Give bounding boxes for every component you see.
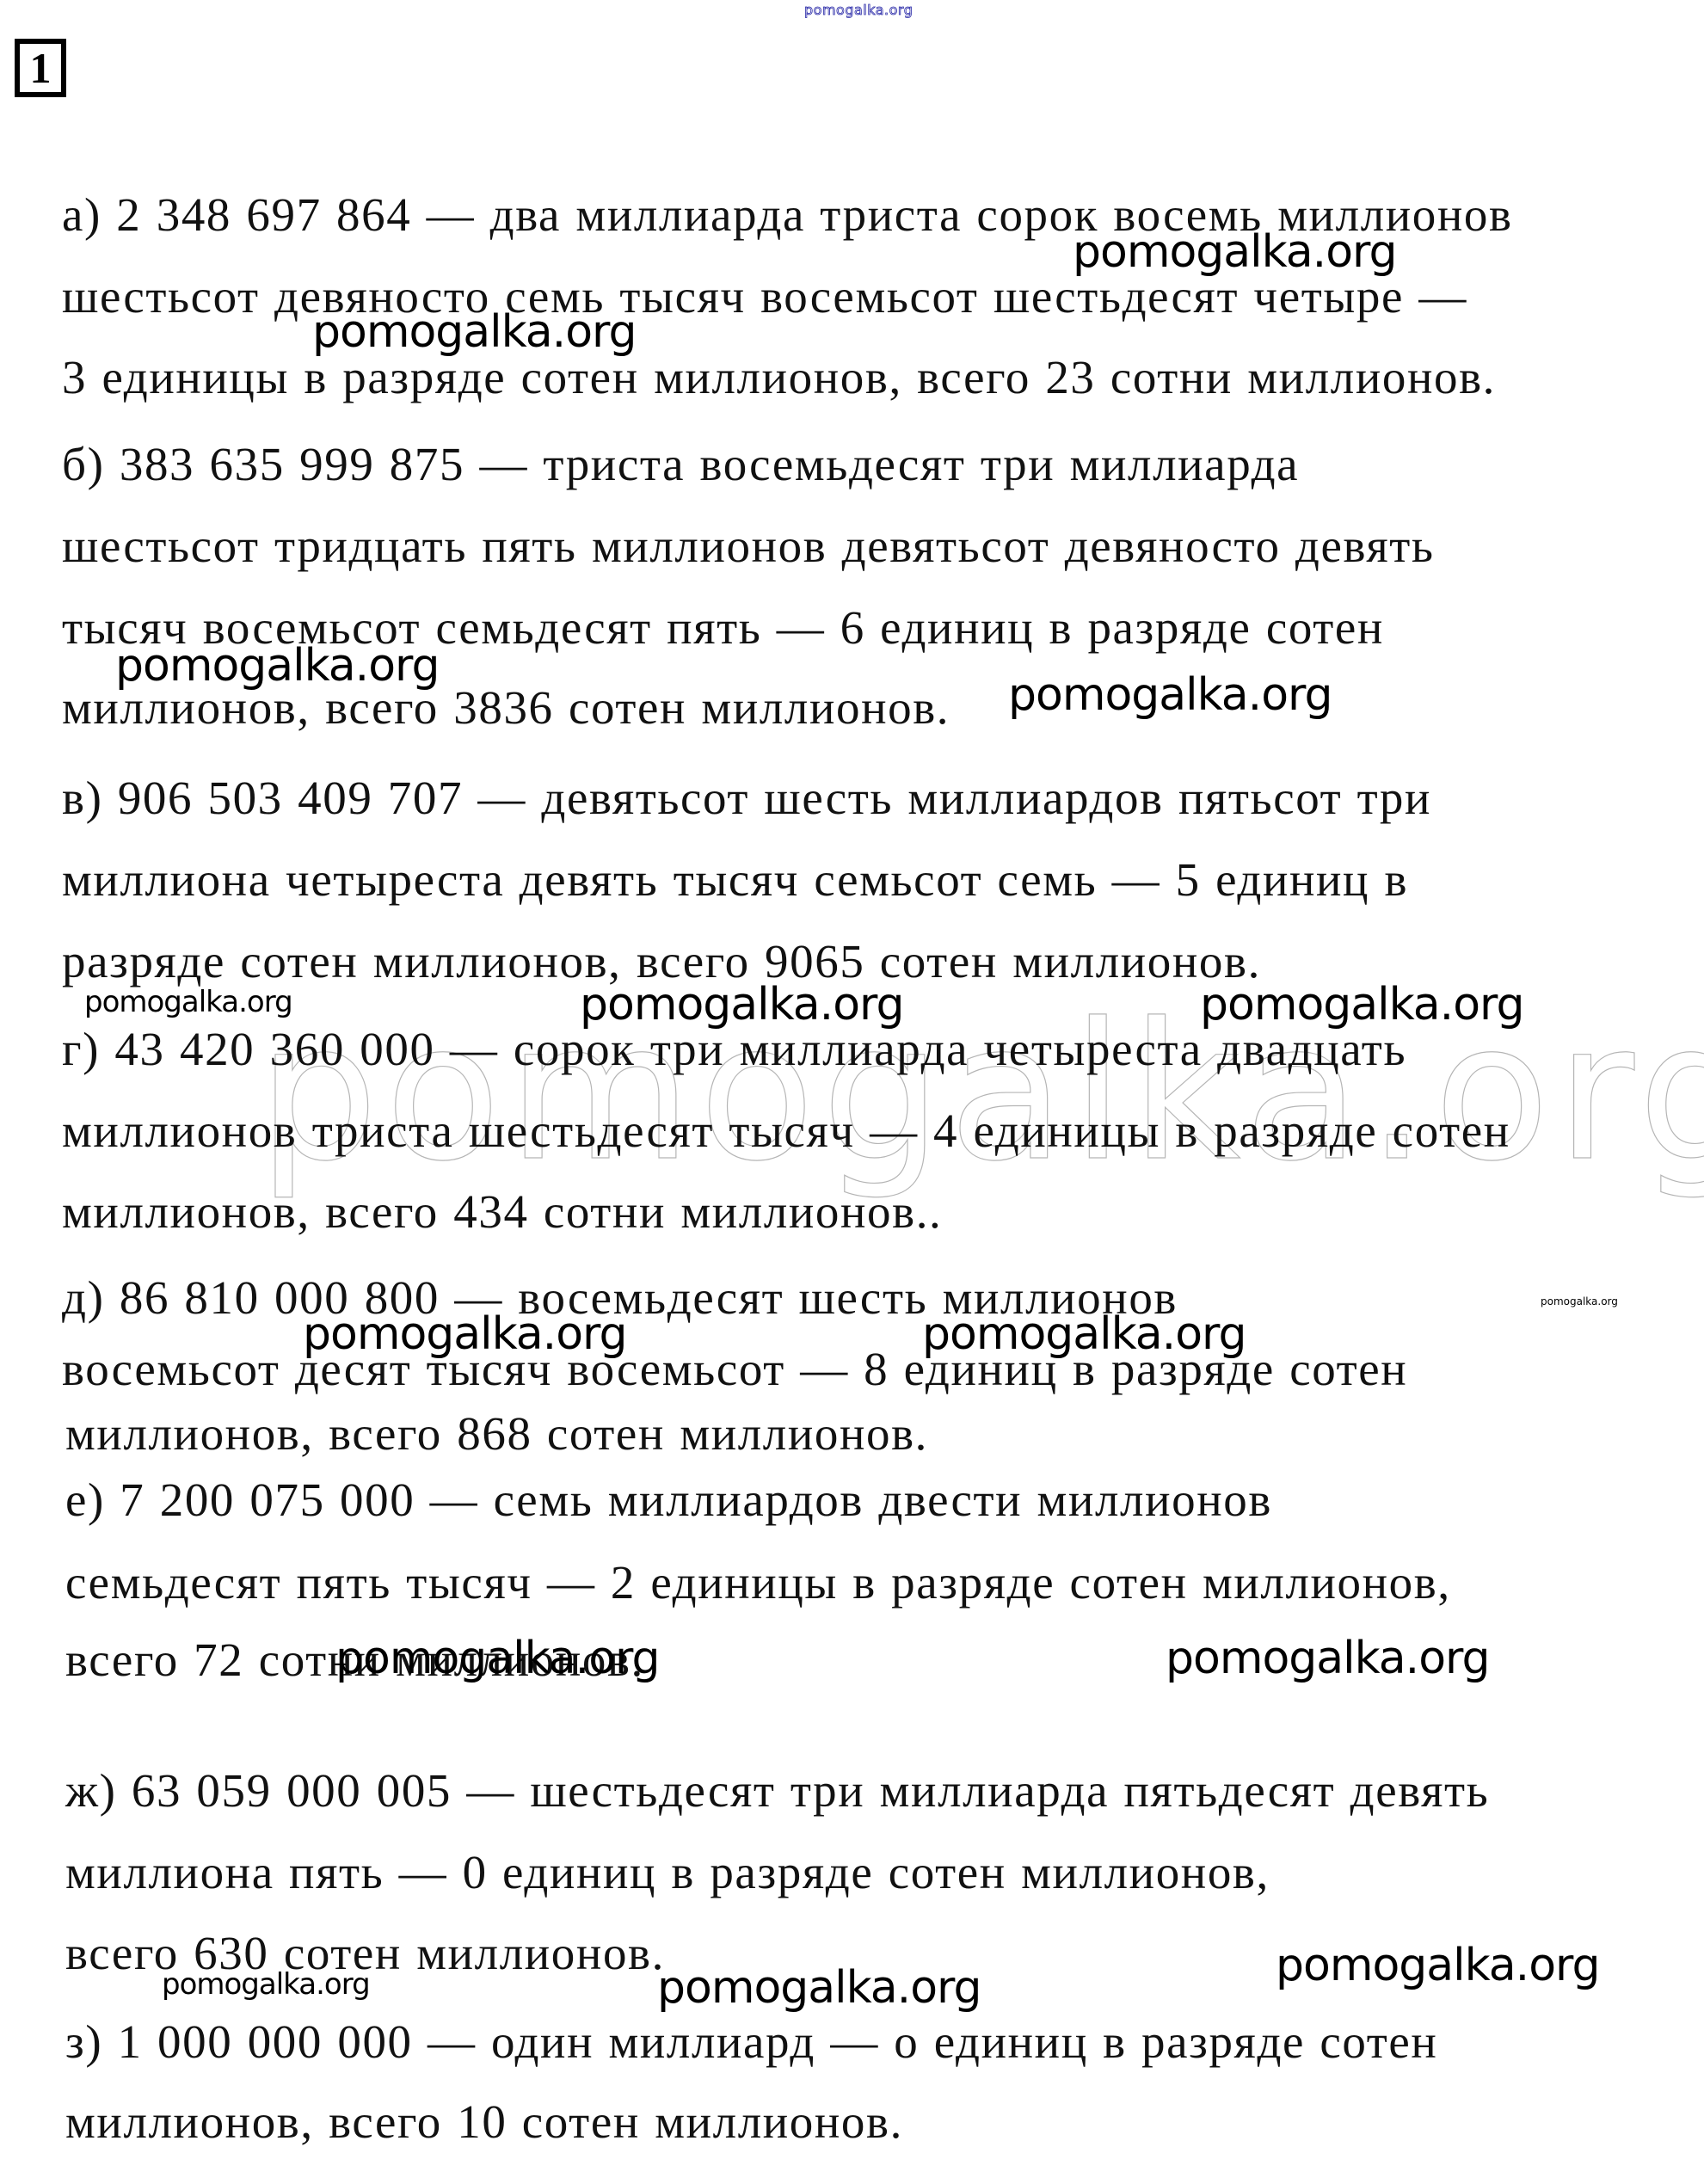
answer-line: г) 43 420 360 000 — сорок три миллиарда … <box>62 1024 1406 1075</box>
watermark: pomogalka.org <box>580 982 904 1027</box>
answer-line: миллионов триста шестьдесят тысяч — 4 ед… <box>62 1105 1510 1157</box>
answer-line: ж) 63 059 000 005 — шестьдесят три милли… <box>65 1765 1489 1817</box>
answer-line: з) 1 000 000 000 — один миллиард — о еди… <box>65 2016 1437 2068</box>
answer-line: е) 7 200 075 000 — семь миллиардов двест… <box>65 1474 1272 1526</box>
watermark: pomogalka.org <box>657 1966 981 2010</box>
watermark: pomogalka.org <box>1008 673 1332 717</box>
watermark: pomogalka.org <box>84 987 292 1017</box>
watermark: pomogalka.org <box>335 1636 660 1681</box>
watermark: pomogalka.org <box>1166 1636 1490 1681</box>
watermark: pomogalka.org <box>922 1312 1246 1357</box>
watermark: pomogalka.org <box>162 1970 370 1999</box>
answer-line: миллионов, всего 10 сотен миллионов. <box>65 2096 903 2148</box>
answer-line: шестьсот девяносто семь тысяч восемьсот … <box>62 271 1467 323</box>
site-watermark-top: pomogalka.org <box>804 2 913 18</box>
answer-line: 3 единицы в разряде сотен миллионов, все… <box>62 352 1496 403</box>
answer-line: миллионов, всего 434 сотни миллионов.. <box>62 1186 942 1238</box>
answer-line: в) 906 503 409 707 — девятьсот шесть мил… <box>62 772 1431 824</box>
watermark: pomogalka.org <box>1073 230 1397 274</box>
watermark: pomogalka.org <box>1200 982 1524 1027</box>
answer-line: миллионов, всего 868 сотен миллионов. <box>65 1408 928 1460</box>
watermark: pomogalka.org <box>312 310 637 354</box>
watermark: pomogalka.org <box>1276 1943 1600 1988</box>
answer-line: миллиона четыреста девять тысяч семьсот … <box>62 854 1408 906</box>
task-number-badge: 1 <box>15 39 66 97</box>
worksheet-page: pomogalka.org 1 pomogalka.org а) 2 348 6… <box>0 0 1704 2184</box>
watermark: pomogalka.org <box>1541 1296 1618 1307</box>
task-number: 1 <box>30 46 52 89</box>
answer-line: б) 383 635 999 875 — триста восемьдесят … <box>62 439 1299 490</box>
answer-line: миллиона пять — 0 единиц в разряде сотен… <box>65 1847 1270 1898</box>
answer-line: семьдесят пять тысяч — 2 единицы в разря… <box>65 1557 1451 1609</box>
watermark: pomogalka.org <box>115 643 440 688</box>
answer-line: шестьсот тридцать пять миллионов девятьс… <box>62 520 1435 572</box>
watermark: pomogalka.org <box>303 1312 627 1357</box>
